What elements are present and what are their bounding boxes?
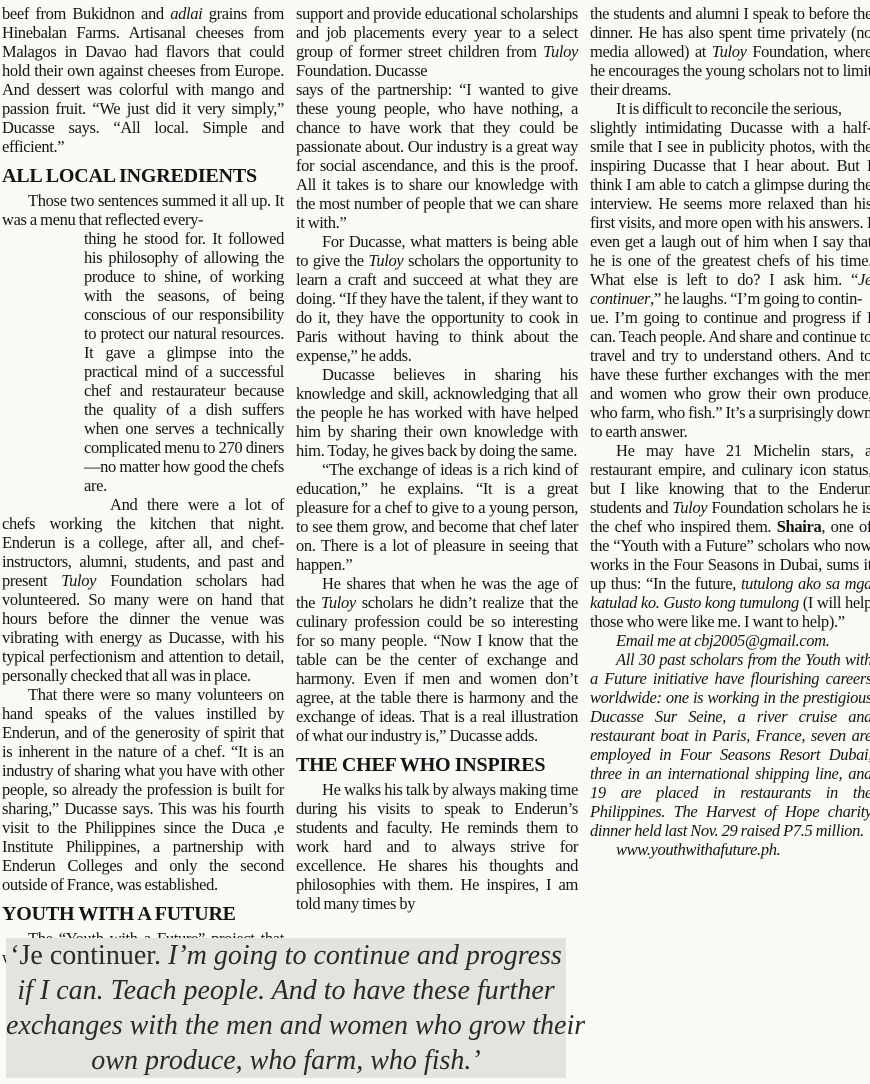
pull-quote-line: exchanges with the men and women who gro… [6, 1008, 566, 1043]
paragraph: the students and alumni I speak to befor… [590, 4, 870, 99]
paragraph-email: Email me at cbj2005@gmail.com. [590, 631, 870, 650]
paragraph: Those two sentences summed it all up. It… [2, 191, 284, 229]
section-heading-all-local-ingredients: ALL LOCAL INGREDIENTS [2, 165, 284, 187]
pull-quote-line: ‘Je continuer. I’m going to continue and… [6, 938, 566, 973]
column-2: support and provide educational scholars… [296, 4, 578, 967]
paragraph: “The exchange of ideas is a rich kind of… [296, 460, 578, 574]
paragraph-endnote: All 30 past scholars from the Youth with… [590, 650, 870, 840]
paragraph: says of the partnership: “I wanted to gi… [296, 80, 578, 232]
paragraph: slightly intimidating Ducasse with a hal… [590, 118, 870, 308]
paragraph: He shares that when he was the age of th… [296, 574, 578, 745]
section-heading-youth-with-a-future: YOUTH WITH A FUTURE [2, 903, 284, 925]
section-heading-the-chef-who-inspires: THE CHEF WHO INSPIRES [296, 754, 578, 776]
pull-quote-line: if I can. Teach people. And to have thes… [6, 973, 566, 1008]
paragraph: And there were a lot of chefs working th… [2, 495, 284, 685]
paragraph: He may have 21 Michelin stars, a restaur… [590, 441, 870, 631]
paragraph: For Ducasse, what matters is being able … [296, 232, 578, 365]
paragraph: It is difficult to reconcile the serious… [590, 99, 870, 118]
paragraph: He walks his talk by always making time … [296, 780, 578, 913]
column-3: the students and alumni I speak to befor… [590, 4, 870, 967]
text-wrap-zone: thing he stood for. It followed his phil… [2, 229, 284, 685]
column-1: beef from Bukidnon and adlai grains from… [2, 4, 284, 967]
newspaper-article-page: beef from Bukidnon and adlai grains from… [0, 0, 870, 1084]
pull-quote-line: own produce, who farm, who fish.’ [6, 1043, 566, 1078]
pull-quote: ‘Je continuer. I’m going to continue and… [6, 938, 566, 1078]
paragraph: That there were so many volunteers on ha… [2, 685, 284, 894]
text-wrap-spacer [2, 229, 84, 514]
article-columns: beef from Bukidnon and adlai grains from… [0, 0, 870, 967]
paragraph-website: www.youthwithafuture.ph. [590, 840, 870, 859]
paragraph: beef from Bukidnon and adlai grains from… [2, 4, 284, 156]
paragraph: support and provide educational scholars… [296, 4, 578, 80]
paragraph: Ducasse believes in sharing his knowledg… [296, 365, 578, 460]
paragraph: ue. I’m going to continue and progress i… [590, 308, 870, 441]
